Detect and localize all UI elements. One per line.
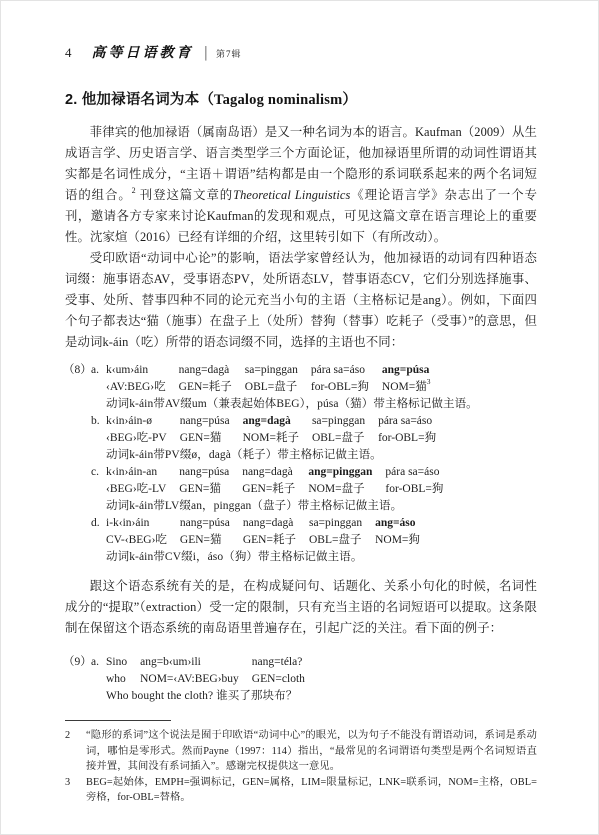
gloss-line: ‹AV:BEG›吃GEN=耗子OBL=盘子for-OBL=狗NOM=猫3	[106, 379, 443, 396]
gloss-table: i-k‹in›áinnang=púsanang=dagàsa=pingganan…	[106, 515, 433, 549]
gloss-token: NOM=盘子	[308, 483, 364, 495]
gloss-note: 动词k-áin带CV缀i，áso（狗）带主格标记做主语。	[106, 549, 537, 566]
footnote-list: 2“隐形的系词”这个说法是囿于印欧语“动词中心”的眼光，以为句子不能没有谓语动词…	[65, 728, 537, 806]
gloss-note: 动词k-áin带PV缀ø，dagà（耗子）带主格标记做主语。	[106, 447, 537, 464]
gloss-token: sa=pinggan	[245, 364, 298, 376]
gloss-cell: ang=áso	[375, 515, 433, 532]
gloss-line: CV-‹BEG›吃GEN=猫GEN=耗子OBL=盘子NOM=狗	[106, 532, 433, 549]
gloss-token: Sino	[106, 656, 127, 668]
journal-title: 高等日语教育	[92, 42, 194, 62]
gloss-token: GEN=耗子	[179, 381, 232, 393]
gloss-cell: ‹BEG›吃-LV	[106, 481, 179, 498]
gloss-note: 动词k-áin带LV缀an，pinggan（盘子）带主格标记做主语。	[106, 498, 537, 515]
gloss-token: pára sa=áso	[311, 364, 365, 376]
gloss-token: GEN=耗子	[242, 483, 295, 495]
gloss-cell: nang=dagà	[179, 362, 245, 379]
example-sub-label: a.	[91, 362, 106, 379]
gloss-line: i-k‹in›áinnang=púsanang=dagàsa=pingganan…	[106, 515, 433, 532]
gloss-table: k‹um›áinnang=dagàsa=pingganpára sa=ásoan…	[106, 362, 443, 396]
gloss-line: k‹in›áin-ønang=púsaang=dagàsa=pingganpár…	[106, 413, 449, 430]
gloss-cell: NOM=猫3	[382, 379, 444, 396]
gloss-token: OBL=盘子	[309, 534, 362, 546]
footnote-text: BEG=起始体，EMPH=强调标记，GEN=属格，LIM=限量标记，LNK=联系…	[86, 775, 537, 806]
example-9: （9）a.Sinoang=b‹um›ilinang=téla?whoNOM=‹A…	[63, 654, 537, 705]
gloss-line: ‹BEG›吃-LVGEN=猫GEN=耗子NOM=盘子for-OBL=狗	[106, 481, 456, 498]
gloss-cell: ang=b‹um›ili	[140, 654, 252, 671]
example-sub-label: a.	[91, 654, 106, 671]
gloss-token: for-OBL=狗	[378, 432, 436, 444]
gloss-token: nang=púsa	[180, 517, 230, 529]
volume-label: 第7辑	[216, 47, 242, 60]
footnote-ref: 3	[427, 377, 431, 386]
gloss-token: NOM=猫3	[382, 381, 431, 393]
gloss-token: GEN=猫	[180, 432, 222, 444]
gloss-token: ‹BEG›吃-PV	[106, 432, 167, 444]
section-heading: 2. 他加禄语名词为本（Tagalog nominalism）	[65, 88, 537, 109]
gloss-token: nang=dagà	[179, 364, 230, 376]
paragraph-3: 跟这个语态系统有关的是，在构成疑问句、话题化、关系小句化的时候，名词性成分的“提…	[65, 576, 537, 639]
section-heading-en: Tagalog nominalism	[214, 92, 342, 108]
gloss-token: nang=púsa	[180, 415, 230, 427]
gloss-cell: OBL=盘子	[309, 532, 375, 549]
gloss-cell: pára sa=áso	[311, 362, 382, 379]
gloss-token: ang=áso	[375, 517, 415, 529]
gloss-cell: Sino	[106, 654, 140, 671]
gloss-cell: ‹BEG›吃-PV	[106, 430, 180, 447]
footnote-text: “隐形的系词”这个说法是囿于印欧语“动词中心”的眼光，以为句子不能没有谓语动词，…	[86, 728, 537, 775]
gloss-note: 动词k-áin带AV缀um（兼表起始体BEG），púsa（猫）带主格标记做主语。	[106, 396, 537, 413]
gloss-body: k‹in›áin-annang=púsanang=dagàang=pinggan…	[106, 464, 537, 515]
gloss-line: whoNOM=‹AV:BEG›buyGEN=cloth	[106, 671, 318, 688]
gloss-cell: for-OBL=狗	[378, 430, 449, 447]
gloss-token: GEN=猫	[179, 483, 221, 495]
gloss-token: nang=dagà	[242, 466, 293, 478]
gloss-cell: ‹AV:BEG›吃	[106, 379, 179, 396]
gloss-line: ‹BEG›吃-PVGEN=猫NOM=耗子OBL=盘子for-OBL=狗	[106, 430, 449, 447]
gloss-token: ‹AV:BEG›吃	[106, 381, 166, 393]
gloss-cell: sa=pinggan	[312, 413, 378, 430]
gloss-token: for-OBL=狗	[385, 483, 443, 495]
gloss-cell: for-OBL=狗	[311, 379, 382, 396]
gloss-example: d.i-k‹in›áinnang=púsanang=dagàsa=pinggan…	[63, 515, 537, 566]
gloss-token: OBL=盘子	[312, 432, 365, 444]
gloss-token: NOM=狗	[375, 534, 420, 546]
page-number: 4	[65, 45, 72, 61]
gloss-body: k‹in›áin-ønang=púsaang=dagàsa=pingganpár…	[106, 413, 537, 464]
gloss-cell: nang=púsa	[180, 515, 243, 532]
gloss-cell: nang=téla?	[252, 654, 318, 671]
gloss-cell: ang=púsa	[382, 362, 444, 379]
gloss-cell: nang=dagà	[243, 515, 309, 532]
gloss-token: GEN=猫	[180, 534, 222, 546]
footnote-separator	[65, 720, 171, 721]
gloss-token: k‹in›áin-an	[106, 466, 157, 478]
gloss-example: （9）a.Sinoang=b‹um›ilinang=téla?whoNOM=‹A…	[63, 654, 537, 705]
footnote-ref-2: 2	[132, 186, 136, 195]
gloss-token: NOM=耗子	[243, 432, 299, 444]
gloss-cell: k‹um›áin	[106, 362, 179, 379]
footnote-number: 2	[65, 728, 86, 775]
gloss-body: i-k‹in›áinnang=púsanang=dagàsa=pingganan…	[106, 515, 537, 566]
section-heading-cn: 2. 他加禄语名词为本（	[65, 92, 214, 108]
gloss-token: who	[106, 673, 126, 685]
example-sub-label: b.	[91, 413, 106, 430]
gloss-table: Sinoang=b‹um›ilinang=téla?whoNOM=‹AV:BEG…	[106, 654, 318, 688]
gloss-token: CV-‹BEG›吃	[106, 534, 167, 546]
gloss-cell: pára sa=áso	[385, 464, 456, 481]
gloss-cell: for-OBL=狗	[385, 481, 456, 498]
gloss-token: GEN=耗子	[243, 534, 296, 546]
gloss-token: ‹BEG›吃-LV	[106, 483, 166, 495]
gloss-token: sa=pinggan	[309, 517, 362, 529]
gloss-token: k‹in›áin-ø	[106, 415, 152, 427]
header-divider: │	[202, 46, 211, 61]
gloss-line: k‹um›áinnang=dagàsa=pingganpára sa=ásoan…	[106, 362, 443, 379]
gloss-token: pára sa=áso	[385, 466, 439, 478]
gloss-token: ang=dagà	[243, 415, 291, 427]
gloss-cell: nang=púsa	[179, 464, 242, 481]
gloss-token: NOM=‹AV:BEG›buy	[140, 673, 239, 685]
gloss-cell: ang=dagà	[243, 413, 312, 430]
gloss-token: nang=púsa	[179, 466, 229, 478]
gloss-cell: who	[106, 671, 140, 688]
gloss-token: i-k‹in›áin	[106, 517, 149, 529]
gloss-token: ang=b‹um›ili	[140, 656, 201, 668]
gloss-cell: GEN=耗子	[179, 379, 245, 396]
footnote-number: 3	[65, 775, 86, 806]
example-number: （8）	[63, 362, 91, 379]
paragraph-1-text: 刊登这篇文章的	[136, 188, 233, 202]
gloss-cell: nang=púsa	[180, 413, 243, 430]
gloss-example: b.k‹in›áin-ønang=púsaang=dagàsa=pingganp…	[63, 413, 537, 464]
example-number: （9）	[63, 654, 91, 671]
gloss-cell: sa=pinggan	[245, 362, 311, 379]
gloss-line: k‹in›áin-annang=púsanang=dagàang=pinggan…	[106, 464, 456, 481]
gloss-body: k‹um›áinnang=dagàsa=pingganpára sa=ásoan…	[106, 362, 537, 413]
gloss-cell: NOM=盘子	[308, 481, 385, 498]
gloss-cell: GEN=猫	[179, 481, 242, 498]
gloss-cell: NOM=耗子	[243, 430, 312, 447]
footnote: 2“隐形的系词”这个说法是囿于印欧语“动词中心”的眼光，以为句子不能没有谓语动词…	[65, 728, 537, 775]
gloss-token: nang=dagà	[243, 517, 294, 529]
document-page: 4 高等日语教育 │ 第7辑 2. 他加禄语名词为本（Tagalog nomin…	[0, 0, 599, 835]
gloss-token: ang=pinggan	[308, 466, 372, 478]
footnotes: 2“隐形的系词”这个说法是囿于印欧语“动词中心”的眼光，以为句子不能没有谓语动词…	[65, 720, 537, 806]
running-header: 4 高等日语教育 │ 第7辑	[65, 42, 537, 62]
footnote: 3BEG=起始体，EMPH=强调标记，GEN=属格，LIM=限量标记，LNK=联…	[65, 775, 537, 806]
example-sub-label: c.	[91, 464, 106, 481]
gloss-cell: ang=pinggan	[308, 464, 385, 481]
gloss-cell: CV-‹BEG›吃	[106, 532, 180, 549]
gloss-table: k‹in›áin-ønang=púsaang=dagàsa=pingganpár…	[106, 413, 449, 447]
gloss-token: OBL=盘子	[245, 381, 298, 393]
gloss-cell: i-k‹in›áin	[106, 515, 180, 532]
gloss-cell: GEN=cloth	[252, 671, 318, 688]
journal-name-italic: Theoretical Linguistics	[233, 188, 350, 202]
gloss-cell: NOM=狗	[375, 532, 433, 549]
paragraph-2: 受印欧语“动词中心论”的影响，语法学家曾经认为，他加禄语的动词有四种语态词缀：施…	[65, 248, 537, 353]
gloss-token: pára sa=áso	[378, 415, 432, 427]
gloss-note: Who bought the cloth? 谁买了那块布？	[106, 688, 537, 705]
gloss-line: Sinoang=b‹um›ilinang=téla?	[106, 654, 318, 671]
gloss-token: ang=púsa	[382, 364, 429, 376]
gloss-cell: NOM=‹AV:BEG›buy	[140, 671, 252, 688]
gloss-token: sa=pinggan	[312, 415, 365, 427]
gloss-token: k‹um›áin	[106, 364, 148, 376]
gloss-cell: nang=dagà	[242, 464, 308, 481]
example-sub-label: d.	[91, 515, 106, 532]
gloss-cell: k‹in›áin-ø	[106, 413, 180, 430]
gloss-cell: GEN=耗子	[242, 481, 308, 498]
gloss-cell: sa=pinggan	[309, 515, 375, 532]
gloss-cell: k‹in›áin-an	[106, 464, 179, 481]
gloss-example: （8）a.k‹um›áinnang=dagàsa=pingganpára sa=…	[63, 362, 537, 413]
gloss-cell: OBL=盘子	[312, 430, 378, 447]
gloss-body: Sinoang=b‹um›ilinang=téla?whoNOM=‹AV:BEG…	[106, 654, 537, 705]
gloss-token: for-OBL=狗	[311, 381, 369, 393]
example-8: （8）a.k‹um›áinnang=dagàsa=pingganpára sa=…	[63, 362, 537, 566]
section-heading-close: ）	[342, 92, 357, 108]
gloss-table: k‹in›áin-annang=púsanang=dagàang=pinggan…	[106, 464, 456, 498]
gloss-token: GEN=cloth	[252, 673, 305, 685]
gloss-example: c.k‹in›áin-annang=púsanang=dagàang=pingg…	[63, 464, 537, 515]
gloss-cell: GEN=猫	[180, 430, 243, 447]
paragraph-1: 菲律宾的他加禄语（属南岛语）是又一种名词为本的语言。Kaufman（2009）从…	[65, 122, 537, 248]
gloss-token: nang=téla?	[252, 656, 303, 668]
gloss-cell: GEN=猫	[180, 532, 243, 549]
gloss-cell: GEN=耗子	[243, 532, 309, 549]
gloss-cell: OBL=盘子	[245, 379, 311, 396]
gloss-cell: pára sa=áso	[378, 413, 449, 430]
